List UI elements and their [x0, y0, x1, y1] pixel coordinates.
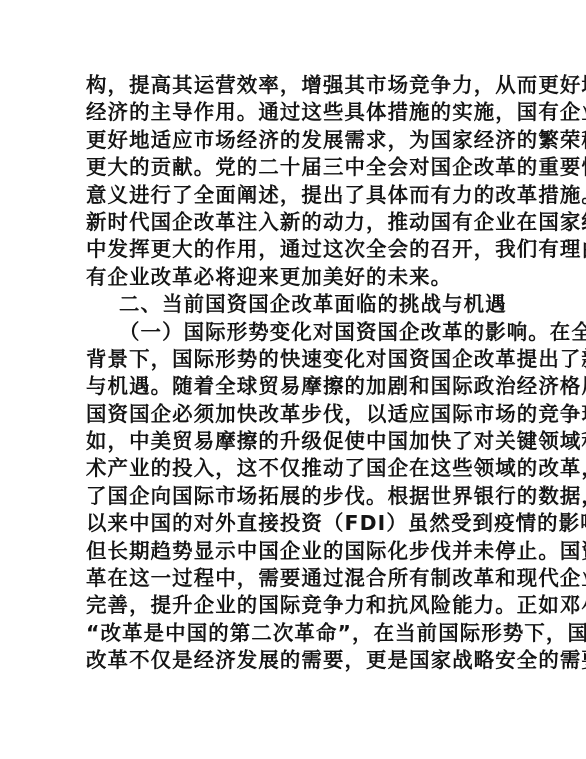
text-line: 但长期趋势显示中国企业的国际化步伐并未停止。国资国企改: [86, 538, 500, 565]
paragraph-continuation: 构，提高其运营效率，增强其市场竞争力，从而更好地发挥国有 经济的主导作用。通过这…: [86, 72, 500, 291]
text-line: 背景下，国际形势的快速变化对国资国企改革提出了新的挑战: [86, 346, 500, 373]
text-line: 完善，提升企业的国际竞争力和抗风险能力。正如邓小平所言：: [86, 592, 500, 619]
text-line: 术产业的投入，这不仅推动了国企在这些领域的改革，也加速: [86, 455, 500, 482]
text-line: 革在这一过程中，需要通过混合所有制改革和现代企业制度的: [86, 565, 500, 592]
text-line: 新时代国企改革注入新的动力，推动国有企业在国家经济发展: [86, 209, 500, 236]
text-line: 国资国企必须加快改革步伐，以适应国际市场的竞争环境。例: [86, 401, 500, 428]
document-body: 构，提高其运营效率，增强其市场竞争力，从而更好地发挥国有 经济的主导作用。通过这…: [86, 72, 500, 675]
text-line: 以来中国的对外直接投资（FDI）虽然受到疫情的影响有所下降，: [86, 510, 500, 537]
text-line: 构，提高其运营效率，增强其市场竞争力，从而更好地发挥国有: [86, 72, 500, 99]
text-line: 如，中美贸易摩擦的升级促使中国加快了对关键领域和高新技: [86, 428, 500, 455]
text-line: 中发挥更大的作用，通过这次全会的召开，我们有理由相信，国: [86, 236, 500, 263]
document-page: 构，提高其运营效率，增强其市场竞争力，从而更好地发挥国有 经济的主导作用。通过这…: [0, 0, 586, 759]
text-line: 经济的主导作用。通过这些具体措施的实施，国有企业将能够: [86, 99, 500, 126]
text-line: 改革不仅是经济发展的需要，更是国家战略安全的需要。: [86, 647, 500, 674]
text-line: “改革是中国的第二次革命”，在当前国际形势下，国资国企: [86, 620, 500, 647]
section-heading: 二、当前国资国企改革面临的挑战与机遇: [86, 291, 500, 318]
text-line: 更大的贡献。党的二十届三中全会对国企改革的重要性和深远: [86, 154, 500, 181]
paragraph-international-situation: （一）国际形势变化对国资国企改革的影响。在全球化的大 背景下，国际形势的快速变化…: [86, 319, 500, 675]
text-line: 了国企向国际市场拓展的步伐。根据世界银行的数据，2023 年: [86, 483, 500, 510]
text-line: 与机遇。随着全球贸易摩擦的加剧和国际政治经济格局的重塑，: [86, 373, 500, 400]
text-line: （一）国际形势变化对国资国企改革的影响。在全球化的大: [86, 319, 500, 346]
text-line: 更好地适应市场经济的发展需求，为国家经济的繁荣稳定做出: [86, 127, 500, 154]
text-line: 有企业改革必将迎来更加美好的未来。: [86, 264, 500, 291]
text-line: 意义进行了全面阐述，提出了具体而有力的改革措施。这将为: [86, 182, 500, 209]
